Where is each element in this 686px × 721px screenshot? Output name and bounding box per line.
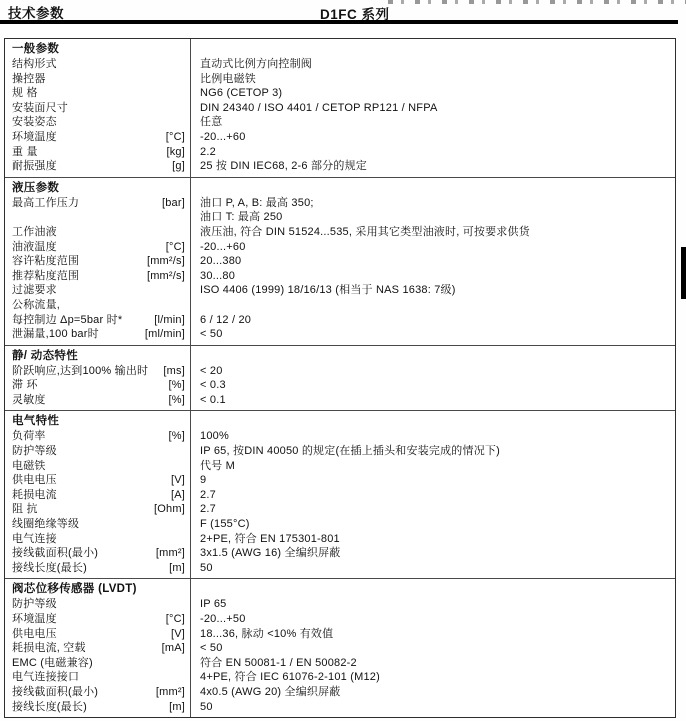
datasheet-page: 技术参数 D1FC 系列 一般参数 结构形式 直动式比例方向控制阀 操控器 比例… bbox=[0, 0, 686, 721]
spec-section: 阀芯位移传感器 (LVDT) 防护等级 IP 65 环境温度[°C] -20..… bbox=[5, 579, 675, 717]
row-label-line: 供电电压[V] bbox=[12, 473, 185, 488]
row-value: 2+PE, 符合 EN 175301-801 bbox=[190, 532, 675, 547]
row-value: 50 bbox=[190, 561, 675, 576]
row-label: 耗损电流[A] bbox=[5, 488, 190, 503]
row-value: 4+PE, 符合 IEC 61076-2-101 (M12) bbox=[190, 670, 675, 685]
row-label-line: 耐振强度[g] bbox=[12, 159, 185, 174]
section-title: 静/ 动态特性 bbox=[5, 348, 675, 364]
row-label-line: 接线长度(最长)[m] bbox=[12, 561, 185, 576]
row-value: 25 按 DIN IEC68, 2-6 部分的规定 bbox=[190, 159, 675, 174]
section-rows: 最高工作压力[bar] 油口 P, A, B: 最高 350;油口 T: 最高 … bbox=[5, 196, 675, 342]
spec-section: 一般参数 结构形式 直动式比例方向控制阀 操控器 比例电磁铁 规 格 NG6 (… bbox=[5, 39, 675, 178]
row-value-line: 比例电磁铁 bbox=[200, 72, 671, 87]
row-label-line: 过滤要求 bbox=[12, 283, 185, 298]
row-label-text: 负荷率 bbox=[12, 429, 46, 444]
row-label-text: 结构形式 bbox=[12, 57, 57, 72]
row-value: 液压油, 符合 DIN 51524...535, 采用其它类型油液时, 可按要求… bbox=[190, 225, 675, 240]
clipped-text-fragments bbox=[388, 0, 686, 4]
row-value: 100% bbox=[190, 429, 675, 444]
row-unit: [mm²] bbox=[152, 685, 185, 700]
row-value: 直动式比例方向控制阀 bbox=[190, 57, 675, 72]
row-value-line: < 0.1 bbox=[200, 393, 671, 408]
table-row: 泄漏量,100 bar时[ml/min] < 50 bbox=[5, 327, 675, 342]
row-value-line: F (155°C) bbox=[200, 517, 671, 532]
row-value: 2.7 bbox=[190, 502, 675, 517]
row-value: DIN 24340 / ISO 4401 / CETOP RP121 / NFP… bbox=[190, 101, 675, 116]
spec-section: 电气特性 负荷率[%] 100% 防护等级 IP 65, 按DIN 40050 … bbox=[5, 411, 675, 579]
row-unit: [V] bbox=[167, 473, 185, 488]
table-row: 电磁铁 代号 M bbox=[5, 459, 675, 474]
row-label-text: 灵敏度 bbox=[12, 393, 46, 408]
row-label-text: 阻 抗 bbox=[12, 502, 38, 517]
row-unit: [m] bbox=[165, 700, 185, 715]
row-value: IP 65, 按DIN 40050 的规定(在插上插头和安装完成的情况下) bbox=[190, 444, 675, 459]
section-title: 一般参数 bbox=[5, 41, 675, 57]
row-value-line: DIN 24340 / ISO 4401 / CETOP RP121 / NFP… bbox=[200, 101, 671, 116]
row-label-text: 电磁铁 bbox=[12, 459, 46, 474]
row-label: 操控器 bbox=[5, 72, 190, 87]
row-label-text: 公称流量, bbox=[12, 298, 60, 313]
row-unit: [Ohm] bbox=[150, 502, 185, 517]
row-label-line: 重 量[kg] bbox=[12, 145, 185, 160]
row-value-line: IP 65 bbox=[200, 597, 671, 612]
row-label: 滞 环[%] bbox=[5, 378, 190, 393]
row-label: 接线长度(最长)[m] bbox=[5, 561, 190, 576]
row-label-line: 耗损电流, 空载[mA] bbox=[12, 641, 185, 656]
row-value-line: 油口 T: 最高 250 bbox=[200, 210, 671, 225]
row-value-line: ISO 4406 (1999) 18/16/13 (相当于 NAS 1638: … bbox=[200, 283, 671, 298]
row-value-line: 油口 P, A, B: 最高 350; bbox=[200, 196, 671, 211]
table-row: 阶跃响应,达到100% 输出时[ms] < 20 bbox=[5, 364, 675, 379]
table-row: 供电电压[V] 9 bbox=[5, 473, 675, 488]
table-row: 耐振强度[g] 25 按 DIN IEC68, 2-6 部分的规定 bbox=[5, 159, 675, 174]
row-label-line: EMC (电磁兼容) bbox=[12, 656, 185, 671]
row-value-line: 100% bbox=[200, 429, 671, 444]
section-title: 电气特性 bbox=[5, 413, 675, 429]
row-label-line: 油液温度[°C] bbox=[12, 240, 185, 255]
row-unit: [l/min] bbox=[150, 313, 185, 328]
row-label-text: 阶跃响应,达到100% 输出时 bbox=[12, 364, 148, 379]
table-row: 规 格 NG6 (CETOP 3) bbox=[5, 86, 675, 101]
row-value: NG6 (CETOP 3) bbox=[190, 86, 675, 101]
row-value: < 50 bbox=[190, 327, 675, 342]
row-label-text: 线圈绝缘等级 bbox=[12, 517, 79, 532]
row-label-text: 每控制边 Δp=5bar 时* bbox=[12, 313, 122, 328]
row-value-line: 4x0.5 (AWG 20) 全编织屏蔽 bbox=[200, 685, 671, 700]
row-label-line: 环境温度[°C] bbox=[12, 612, 185, 627]
row-label-line: 公称流量, bbox=[12, 298, 185, 313]
row-label-text: 接线截面积(最小) bbox=[12, 685, 98, 700]
row-label-text: 操控器 bbox=[12, 72, 46, 87]
row-label: 油液温度[°C] bbox=[5, 240, 190, 255]
row-value: -20...+60 bbox=[190, 240, 675, 255]
row-label: 耗损电流, 空载[mA] bbox=[5, 641, 190, 656]
row-unit: [mm²/s] bbox=[143, 269, 185, 284]
row-label: 最高工作压力[bar] bbox=[5, 196, 190, 211]
table-row: 电气连接接口 4+PE, 符合 IEC 61076-2-101 (M12) bbox=[5, 670, 675, 685]
section-title: 液压参数 bbox=[5, 180, 675, 196]
row-value-line: 25 按 DIN IEC68, 2-6 部分的规定 bbox=[200, 159, 671, 174]
table-row: 灵敏度[%] < 0.1 bbox=[5, 393, 675, 408]
row-label-text: 容许粘度范围 bbox=[12, 254, 79, 269]
row-unit: [A] bbox=[167, 488, 185, 503]
row-label-text: 过滤要求 bbox=[12, 283, 57, 298]
row-label-text: 电气连接 bbox=[12, 532, 57, 547]
row-label: 接线截面积(最小)[mm²] bbox=[5, 546, 190, 561]
row-value: 2.7 bbox=[190, 488, 675, 503]
row-value: < 0.3 bbox=[190, 378, 675, 393]
row-value: < 0.1 bbox=[190, 393, 675, 408]
row-value-line: 3x1.5 (AWG 16) 全编织屏蔽 bbox=[200, 546, 671, 561]
row-unit: [ms] bbox=[159, 364, 185, 379]
row-value: 20...380 bbox=[190, 254, 675, 269]
table-row: 供电电压[V] 18...36, 脉动 <10% 有效值 bbox=[5, 627, 675, 642]
row-value: 符合 EN 50081-1 / EN 50082-2 bbox=[190, 656, 675, 671]
row-label: 泄漏量,100 bar时[ml/min] bbox=[5, 327, 190, 342]
row-label-line: 灵敏度[%] bbox=[12, 393, 185, 408]
row-label-text: 接线长度(最长) bbox=[12, 561, 87, 576]
row-label: 安装面尺寸 bbox=[5, 101, 190, 116]
table-row: 滞 环[%] < 0.3 bbox=[5, 378, 675, 393]
row-value-line: 代号 M bbox=[200, 459, 671, 474]
row-value-line bbox=[200, 298, 671, 313]
row-value: < 20 bbox=[190, 364, 675, 379]
row-value: 6 / 12 / 20 bbox=[190, 298, 675, 327]
row-value: 30...80 bbox=[190, 269, 675, 284]
table-row: 过滤要求 ISO 4406 (1999) 18/16/13 (相当于 NAS 1… bbox=[5, 283, 675, 298]
row-label: 推荐粘度范围[mm²/s] bbox=[5, 269, 190, 284]
table-row: 最高工作压力[bar] 油口 P, A, B: 最高 350;油口 T: 最高 … bbox=[5, 196, 675, 225]
row-value: 50 bbox=[190, 700, 675, 715]
row-unit: [m] bbox=[165, 561, 185, 576]
row-label-line: 供电电压[V] bbox=[12, 627, 185, 642]
row-label: 灵敏度[%] bbox=[5, 393, 190, 408]
row-value-line: < 20 bbox=[200, 364, 671, 379]
table-row: 安装面尺寸 DIN 24340 / ISO 4401 / CETOP RP121… bbox=[5, 101, 675, 116]
row-label-line: 耗损电流[A] bbox=[12, 488, 185, 503]
row-label: 工作油液 bbox=[5, 225, 190, 240]
row-label: 供电电压[V] bbox=[5, 473, 190, 488]
row-value-line: 4+PE, 符合 IEC 61076-2-101 (M12) bbox=[200, 670, 671, 685]
row-label-text: 泄漏量,100 bar时 bbox=[12, 327, 99, 342]
row-value-line: 2.7 bbox=[200, 488, 671, 503]
table-row: 接线截面积(最小)[mm²] 3x1.5 (AWG 16) 全编织屏蔽 bbox=[5, 546, 675, 561]
row-label-text: 规 格 bbox=[12, 86, 38, 101]
spec-section: 液压参数 最高工作压力[bar] 油口 P, A, B: 最高 350;油口 T… bbox=[5, 178, 675, 346]
row-label: 重 量[kg] bbox=[5, 145, 190, 160]
row-label-line: 防护等级 bbox=[12, 444, 185, 459]
row-label-text: 电气连接接口 bbox=[12, 670, 79, 685]
row-label-text: 防护等级 bbox=[12, 444, 57, 459]
row-label-line: 接线截面积(最小)[mm²] bbox=[12, 685, 185, 700]
row-label-text: 耗损电流 bbox=[12, 488, 57, 503]
row-label-text: 最高工作压力 bbox=[12, 196, 79, 211]
row-unit: [V] bbox=[167, 627, 185, 642]
row-unit: [kg] bbox=[162, 145, 185, 160]
table-row: 环境温度[°C] -20...+50 bbox=[5, 612, 675, 627]
table-row: 推荐粘度范围[mm²/s] 30...80 bbox=[5, 269, 675, 284]
spec-section: 静/ 动态特性 阶跃响应,达到100% 输出时[ms] < 20 滞 环[%] … bbox=[5, 346, 675, 412]
row-label-line: 电气连接 bbox=[12, 532, 185, 547]
table-row: 防护等级 IP 65 bbox=[5, 597, 675, 612]
row-label: 耐振强度[g] bbox=[5, 159, 190, 174]
table-row: 耗损电流[A] 2.7 bbox=[5, 488, 675, 503]
row-label-line: 电磁铁 bbox=[12, 459, 185, 474]
row-value-line: < 0.3 bbox=[200, 378, 671, 393]
row-label-line: 接线长度(最长)[m] bbox=[12, 700, 185, 715]
row-label: 供电电压[V] bbox=[5, 627, 190, 642]
row-value-line: 任意 bbox=[200, 115, 671, 130]
row-value: 2.2 bbox=[190, 145, 675, 160]
row-label-text: 环境温度 bbox=[12, 130, 57, 145]
row-value: < 50 bbox=[190, 641, 675, 656]
row-value: ISO 4406 (1999) 18/16/13 (相当于 NAS 1638: … bbox=[190, 283, 675, 298]
row-label-line: 线圈绝缘等级 bbox=[12, 517, 185, 532]
row-label-line: 环境温度[°C] bbox=[12, 130, 185, 145]
table-row: 线圈绝缘等级 F (155°C) bbox=[5, 517, 675, 532]
table-row: 接线截面积(最小)[mm²] 4x0.5 (AWG 20) 全编织屏蔽 bbox=[5, 685, 675, 700]
table-row: 接线长度(最长)[m] 50 bbox=[5, 700, 675, 715]
row-label-text: 防护等级 bbox=[12, 597, 57, 612]
row-label-text: 油液温度 bbox=[12, 240, 57, 255]
row-value-line: < 50 bbox=[200, 327, 671, 342]
row-value: 4x0.5 (AWG 20) 全编织屏蔽 bbox=[190, 685, 675, 700]
row-label-line: 操控器 bbox=[12, 72, 185, 87]
row-label-line: 最高工作压力[bar] bbox=[12, 196, 185, 211]
row-value-line: 20...380 bbox=[200, 254, 671, 269]
row-label: 公称流量,每控制边 Δp=5bar 时*[l/min] bbox=[5, 298, 190, 327]
row-label: 过滤要求 bbox=[5, 283, 190, 298]
row-value-line: 直动式比例方向控制阀 bbox=[200, 57, 671, 72]
row-value-line: 液压油, 符合 DIN 51524...535, 采用其它类型油液时, 可按要求… bbox=[200, 225, 671, 240]
table-row: 防护等级 IP 65, 按DIN 40050 的规定(在插上插头和安装完成的情况… bbox=[5, 444, 675, 459]
row-value-line: 30...80 bbox=[200, 269, 671, 284]
row-unit: [bar] bbox=[158, 196, 185, 211]
row-value-line: < 50 bbox=[200, 641, 671, 656]
row-unit: [mA] bbox=[158, 641, 185, 656]
row-label: 容许粘度范围[mm²/s] bbox=[5, 254, 190, 269]
row-label: 电磁铁 bbox=[5, 459, 190, 474]
row-value: IP 65 bbox=[190, 597, 675, 612]
row-label-text: 滞 环 bbox=[12, 378, 38, 393]
row-label-text: 重 量 bbox=[12, 145, 38, 160]
table-row: 油液温度[°C] -20...+60 bbox=[5, 240, 675, 255]
row-label: EMC (电磁兼容) bbox=[5, 656, 190, 671]
row-label-line: 每控制边 Δp=5bar 时*[l/min] bbox=[12, 313, 185, 328]
row-label: 规 格 bbox=[5, 86, 190, 101]
row-label: 电气连接接口 bbox=[5, 670, 190, 685]
row-label-text: 接线长度(最长) bbox=[12, 700, 87, 715]
row-unit: [mm²/s] bbox=[143, 254, 185, 269]
row-value-line: 18...36, 脉动 <10% 有效值 bbox=[200, 627, 671, 642]
row-value: 任意 bbox=[190, 115, 675, 130]
row-label: 环境温度[°C] bbox=[5, 130, 190, 145]
row-label: 接线截面积(最小)[mm²] bbox=[5, 685, 190, 700]
row-value: 代号 M bbox=[190, 459, 675, 474]
row-value-line: 2+PE, 符合 EN 175301-801 bbox=[200, 532, 671, 547]
row-label-line: 防护等级 bbox=[12, 597, 185, 612]
row-value: 油口 P, A, B: 最高 350;油口 T: 最高 250 bbox=[190, 196, 675, 225]
row-value: 3x1.5 (AWG 16) 全编织屏蔽 bbox=[190, 546, 675, 561]
row-unit: [%] bbox=[165, 378, 186, 393]
row-label-line: 阻 抗[Ohm] bbox=[12, 502, 185, 517]
row-label-line: 规 格 bbox=[12, 86, 185, 101]
row-unit: [°C] bbox=[162, 612, 185, 627]
row-value-line: IP 65, 按DIN 40050 的规定(在插上插头和安装完成的情况下) bbox=[200, 444, 671, 459]
row-label-line: 负荷率[%] bbox=[12, 429, 185, 444]
table-row: EMC (电磁兼容) 符合 EN 50081-1 / EN 50082-2 bbox=[5, 656, 675, 671]
row-label-text: EMC (电磁兼容) bbox=[12, 656, 93, 671]
row-label-text: 推荐粘度范围 bbox=[12, 269, 79, 284]
section-rows: 防护等级 IP 65 环境温度[°C] -20...+50 供电电压[V] 18… bbox=[5, 597, 675, 714]
row-value-line: 50 bbox=[200, 700, 671, 715]
table-row: 公称流量,每控制边 Δp=5bar 时*[l/min] 6 / 12 / 20 bbox=[5, 298, 675, 327]
row-value-line: -20...+60 bbox=[200, 240, 671, 255]
row-value-line: 2.7 bbox=[200, 502, 671, 517]
row-value-line: NG6 (CETOP 3) bbox=[200, 86, 671, 101]
column-divider bbox=[190, 39, 191, 717]
row-label-line: 接线截面积(最小)[mm²] bbox=[12, 546, 185, 561]
table-row: 阻 抗[Ohm] 2.7 bbox=[5, 502, 675, 517]
row-value-line: 2.2 bbox=[200, 145, 671, 160]
table-row: 重 量[kg] 2.2 bbox=[5, 145, 675, 160]
row-label-text: 安装面尺寸 bbox=[12, 101, 68, 116]
row-label-line: 电气连接接口 bbox=[12, 670, 185, 685]
row-unit: [ml/min] bbox=[141, 327, 185, 342]
row-label-line: 结构形式 bbox=[12, 57, 185, 72]
row-label: 环境温度[°C] bbox=[5, 612, 190, 627]
row-label-line: 安装面尺寸 bbox=[12, 101, 185, 116]
row-label-line: 安装姿态 bbox=[12, 115, 185, 130]
row-label: 阶跃响应,达到100% 输出时[ms] bbox=[5, 364, 190, 379]
table-row: 工作油液 液压油, 符合 DIN 51524...535, 采用其它类型油液时,… bbox=[5, 225, 675, 240]
row-label-line: 泄漏量,100 bar时[ml/min] bbox=[12, 327, 185, 342]
row-unit: [mm²] bbox=[152, 546, 185, 561]
row-value-line: -20...+60 bbox=[200, 130, 671, 145]
section-rows: 阶跃响应,达到100% 输出时[ms] < 20 滞 环[%] < 0.3 灵敏… bbox=[5, 364, 675, 408]
table-row: 操控器 比例电磁铁 bbox=[5, 72, 675, 87]
table-row: 环境温度[°C] -20...+60 bbox=[5, 130, 675, 145]
row-value-line: 6 / 12 / 20 bbox=[200, 313, 671, 328]
row-unit: [°C] bbox=[162, 240, 185, 255]
row-value: F (155°C) bbox=[190, 517, 675, 532]
row-label: 防护等级 bbox=[5, 444, 190, 459]
table-row: 负荷率[%] 100% bbox=[5, 429, 675, 444]
section-title: 阀芯位移传感器 (LVDT) bbox=[5, 581, 675, 597]
row-label-text: 接线截面积(最小) bbox=[12, 546, 98, 561]
row-value-line: 9 bbox=[200, 473, 671, 488]
table-row: 安装姿态 任意 bbox=[5, 115, 675, 130]
row-value: 比例电磁铁 bbox=[190, 72, 675, 87]
row-label-text: 环境温度 bbox=[12, 612, 57, 627]
row-label: 负荷率[%] bbox=[5, 429, 190, 444]
table-row: 容许粘度范围[mm²/s] 20...380 bbox=[5, 254, 675, 269]
table-row: 电气连接 2+PE, 符合 EN 175301-801 bbox=[5, 532, 675, 547]
row-label-line: 容许粘度范围[mm²/s] bbox=[12, 254, 185, 269]
row-label-line: 阶跃响应,达到100% 输出时[ms] bbox=[12, 364, 185, 379]
row-value-line: 50 bbox=[200, 561, 671, 576]
row-label-text: 安装姿态 bbox=[12, 115, 57, 130]
table-row: 耗损电流, 空载[mA] < 50 bbox=[5, 641, 675, 656]
row-unit: [%] bbox=[165, 429, 186, 444]
row-label: 阻 抗[Ohm] bbox=[5, 502, 190, 517]
page-section-title: 技术参数 bbox=[8, 2, 64, 22]
row-label-line: 工作油液 bbox=[12, 225, 185, 240]
section-rows: 结构形式 直动式比例方向控制阀 操控器 比例电磁铁 规 格 NG6 (CETOP… bbox=[5, 57, 675, 174]
row-label-line: 推荐粘度范围[mm²/s] bbox=[12, 269, 185, 284]
row-value: -20...+60 bbox=[190, 130, 675, 145]
row-label-text: 耗损电流, 空载 bbox=[12, 641, 86, 656]
row-label: 结构形式 bbox=[5, 57, 190, 72]
row-value-line: 符合 EN 50081-1 / EN 50082-2 bbox=[200, 656, 671, 671]
row-label-text: 耐振强度 bbox=[12, 159, 57, 174]
row-value: 18...36, 脉动 <10% 有效值 bbox=[190, 627, 675, 642]
table-row: 结构形式 直动式比例方向控制阀 bbox=[5, 57, 675, 72]
row-label-text: 工作油液 bbox=[12, 225, 57, 240]
table-row: 接线长度(最长)[m] 50 bbox=[5, 561, 675, 576]
row-value: -20...+50 bbox=[190, 612, 675, 627]
row-label: 电气连接 bbox=[5, 532, 190, 547]
row-label: 接线长度(最长)[m] bbox=[5, 700, 190, 715]
row-unit: [°C] bbox=[162, 130, 185, 145]
row-label: 线圈绝缘等级 bbox=[5, 517, 190, 532]
page-edge-tab bbox=[681, 247, 686, 299]
spec-table: 一般参数 结构形式 直动式比例方向控制阀 操控器 比例电磁铁 规 格 NG6 (… bbox=[4, 38, 676, 718]
row-unit: [%] bbox=[165, 393, 186, 408]
row-label-text: 供电电压 bbox=[12, 473, 57, 488]
row-label-line: 滞 环[%] bbox=[12, 378, 185, 393]
row-value: 9 bbox=[190, 473, 675, 488]
row-label: 防护等级 bbox=[5, 597, 190, 612]
row-unit: [g] bbox=[168, 159, 185, 174]
row-label: 安装姿态 bbox=[5, 115, 190, 130]
row-label-text: 供电电压 bbox=[12, 627, 57, 642]
section-rows: 负荷率[%] 100% 防护等级 IP 65, 按DIN 40050 的规定(在… bbox=[5, 429, 675, 575]
header-rule bbox=[0, 20, 678, 24]
row-value-line: -20...+50 bbox=[200, 612, 671, 627]
